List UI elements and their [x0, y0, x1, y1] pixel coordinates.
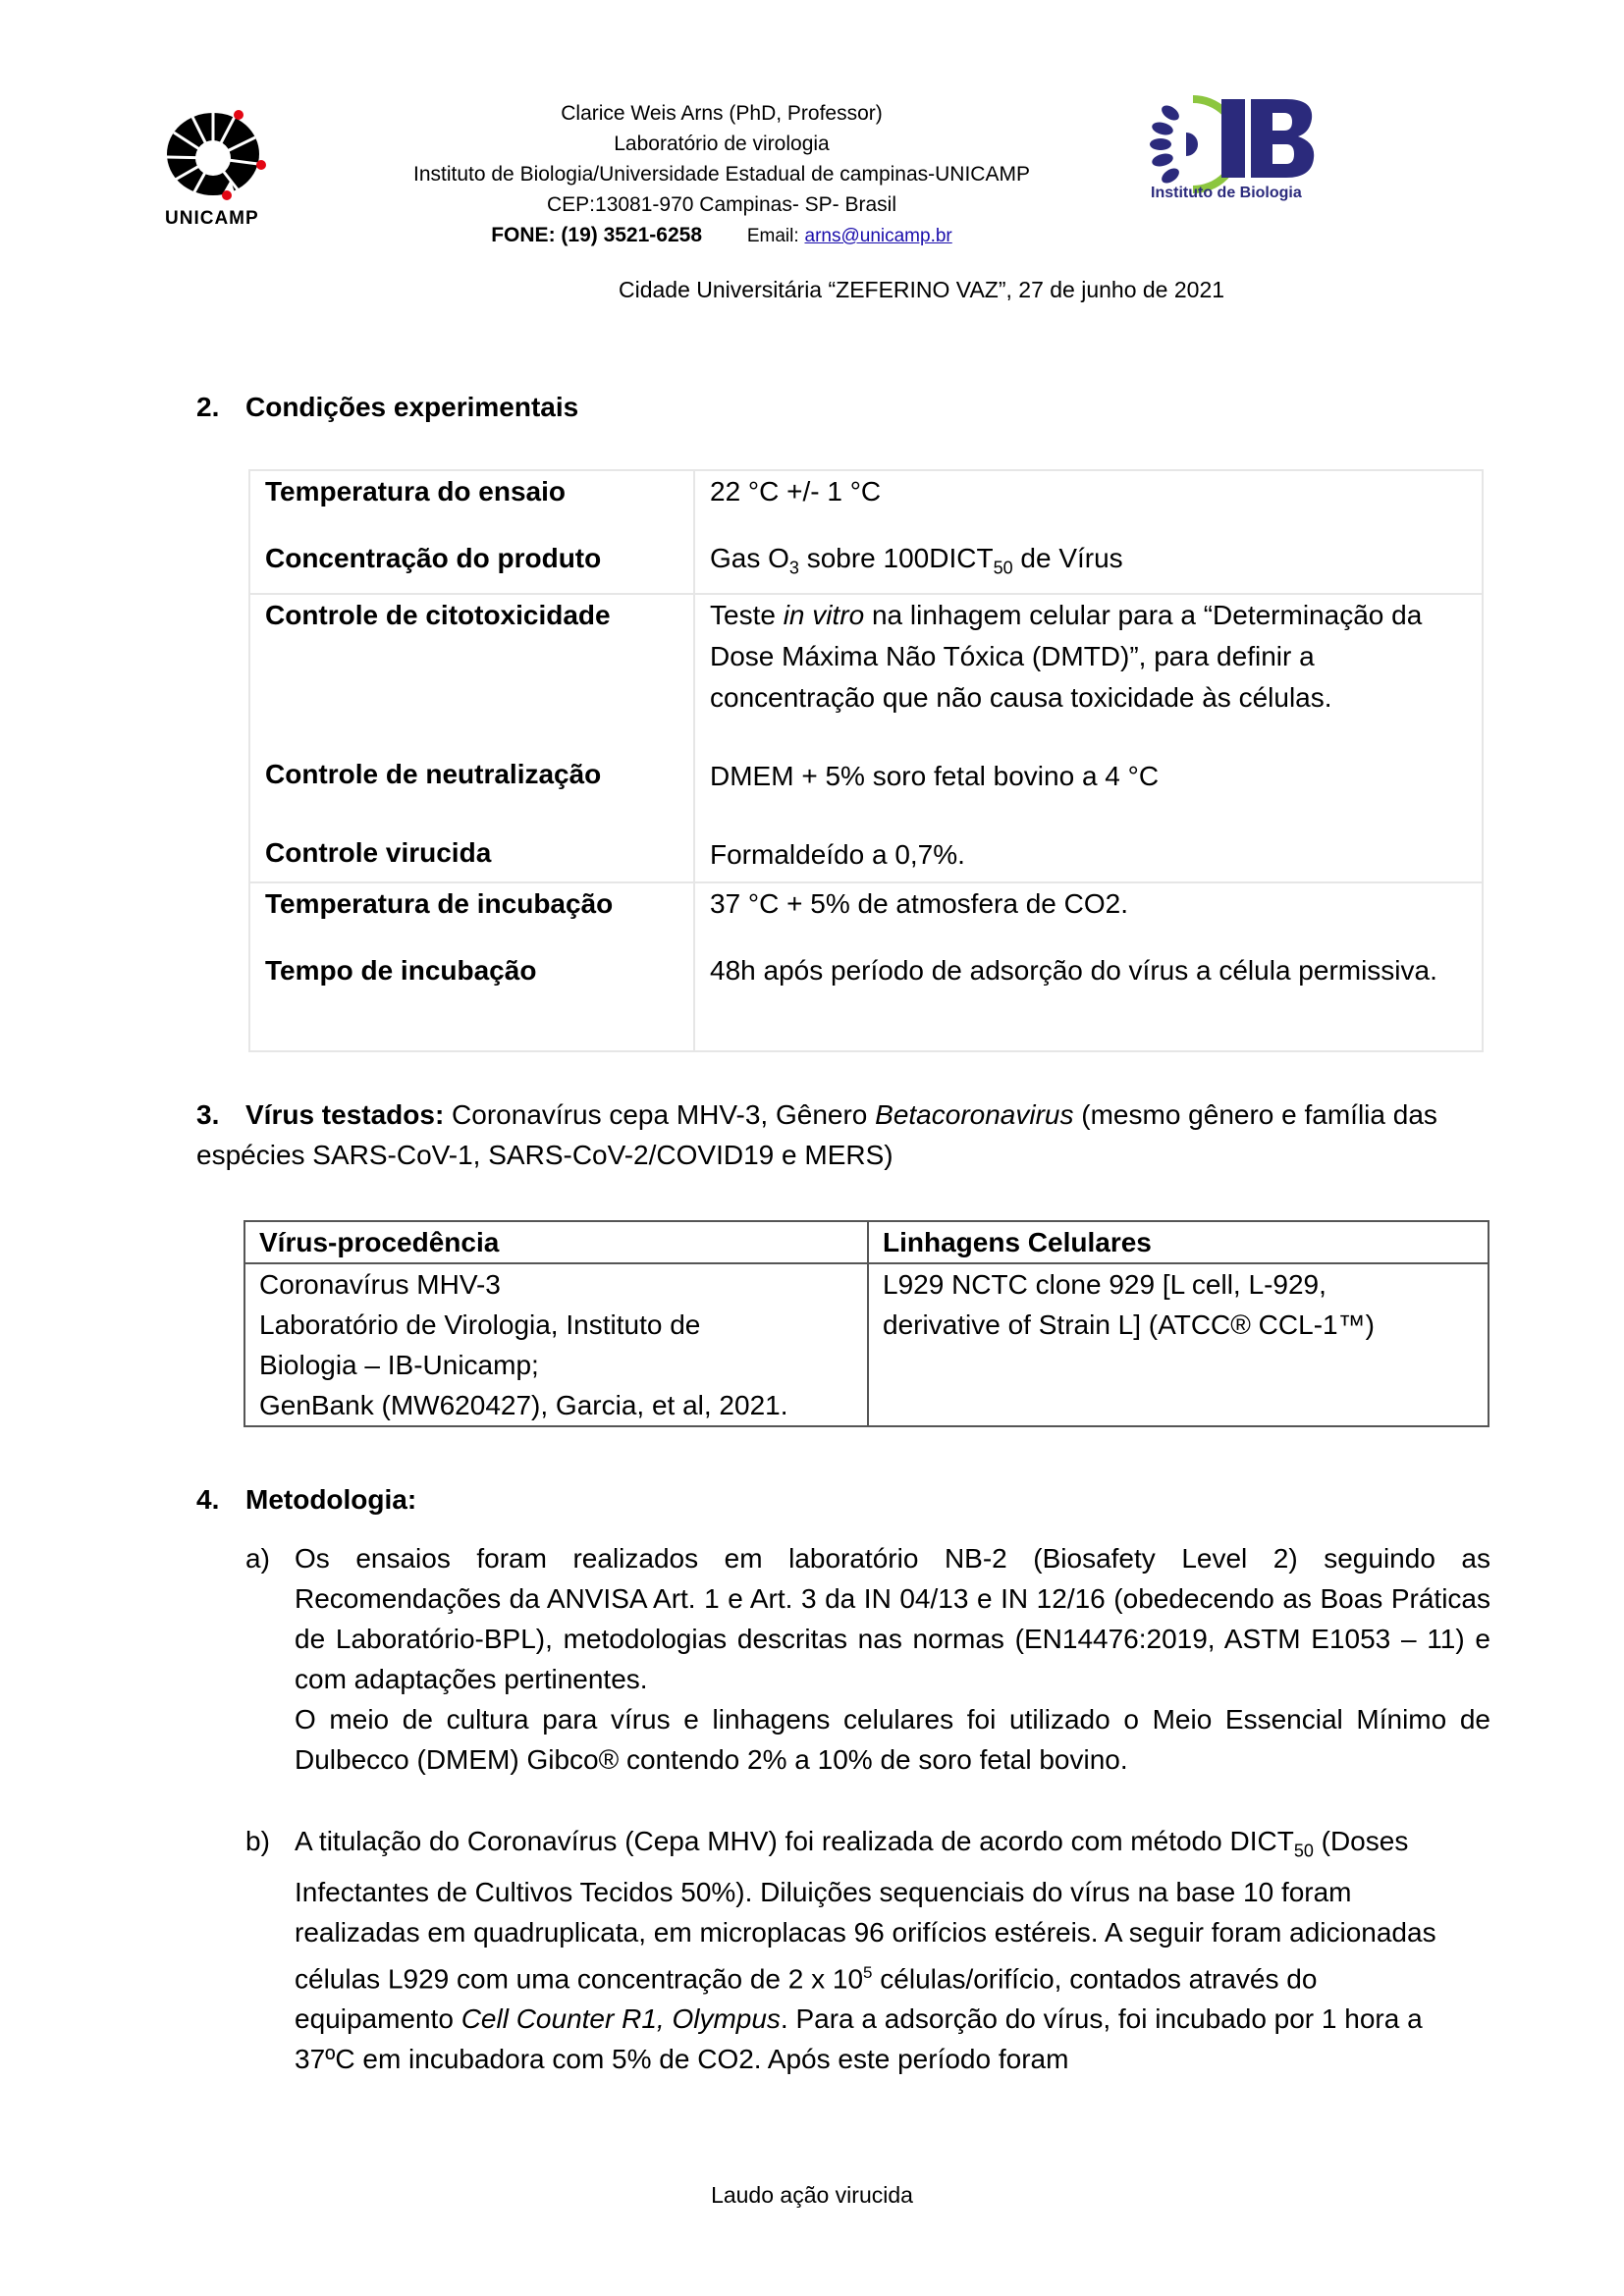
condition-label: Temperatura de incubação — [265, 883, 678, 925]
unicamp-logo-icon: UNICAMP — [162, 103, 280, 231]
genus-italic: Betacoronavirus — [875, 1099, 1073, 1130]
cell-line: Biologia – IB-Unicamp; — [259, 1345, 853, 1385]
cell-line: derivative of Strain L] (ATCC® CCL-1™) — [883, 1305, 1474, 1345]
unicamp-logo: UNICAMP — [162, 103, 280, 231]
cell-line: Laboratório de Virologia, Instituto de — [259, 1305, 853, 1345]
ib-logo-icon: Instituto de Biologia — [1149, 93, 1345, 201]
ib-logo: Instituto de Biologia — [1149, 93, 1345, 201]
method-paragraph: Os ensaios foram realizados em laboratór… — [295, 1538, 1490, 1699]
label-cell: Temperatura do ensaio Concentração do pr… — [249, 470, 694, 594]
section-text: Coronavírus cepa MHV-3, Gênero — [444, 1099, 875, 1130]
value-text: sobre 100DICT — [799, 543, 994, 573]
section-number: 3. — [196, 1095, 245, 1135]
label-cell: Temperatura de incubação Tempo de incuba… — [249, 882, 694, 1051]
lab-name: Laboratório de virologia — [363, 129, 1080, 159]
section-2-heading: 2.Condições experimentais — [196, 391, 578, 424]
value-text: de Vírus — [1013, 543, 1123, 573]
value-cell: 37 °C + 5% de atmosfera de CO2. 48h após… — [694, 882, 1483, 1051]
table-row: Temperatura de incubação Tempo de incuba… — [249, 882, 1483, 1051]
condition-value: DMEM + 5% soro fetal bovino a 4 °C — [710, 756, 1467, 797]
subscript: 3 — [789, 559, 799, 578]
condition-value: 48h após período de adsorção do vírus a … — [710, 950, 1467, 991]
condition-label: Tempo de incubação — [265, 950, 678, 991]
column-header: Linhagens Celulares — [868, 1221, 1489, 1263]
phone-number: FONE: (19) 3521-6258 — [491, 224, 702, 246]
method-paragraph: O meio de cultura para vírus e linhagens… — [295, 1699, 1490, 1780]
cell-line: Coronavírus MHV-3 — [259, 1264, 853, 1305]
city-date: Cidade Universitária “ZEFERINO VAZ”, 27 … — [619, 277, 1224, 303]
value-italic: in vitro — [784, 600, 864, 630]
label-cell: Controle de citotoxicidade Controle de n… — [249, 594, 694, 882]
method-item-a: a) Os ensaios foram realizados em labora… — [245, 1538, 1490, 1780]
postal-address: CEP:13081-970 Campinas- SP- Brasil — [363, 189, 1080, 220]
table-cell: L929 NCTC clone 929 [L cell, L-929, deri… — [868, 1263, 1489, 1426]
value-cell: Teste in vitro na linhagem celular para … — [694, 594, 1483, 882]
equipment-italic: Cell Counter R1, Olympus — [461, 2003, 781, 2034]
method-paragraph: A titulação do Coronavírus (Cepa MHV) fo… — [295, 1821, 1473, 2079]
subscript: 50 — [994, 559, 1013, 578]
section-title: Condições experimentais — [245, 392, 578, 422]
method-item-b: b) A titulação do Coronavírus (Cepa MHV)… — [245, 1821, 1473, 2079]
condition-value: Gas O3 sobre 100DICT50 de Vírus — [710, 538, 1467, 589]
subscript: 50 — [1294, 1842, 1314, 1861]
value-cell: 22 °C +/- 1 °C Gas O3 sobre 100DICT50 de… — [694, 470, 1483, 594]
section-title: Vírus testados: — [245, 1099, 444, 1130]
section-4-heading: 4.Metodologia: — [196, 1483, 416, 1517]
condition-value: 37 °C + 5% de atmosfera de CO2. — [710, 883, 1467, 925]
virus-table: Vírus-procedência Linhagens Celulares Co… — [244, 1220, 1489, 1427]
column-header: Vírus-procedência — [244, 1221, 868, 1263]
contact-line: FONE: (19) 3521-6258 Email: arns@unicamp… — [363, 220, 1080, 251]
list-marker: a) — [245, 1538, 270, 1578]
cell-line: L929 NCTC clone 929 [L cell, L-929, — [883, 1264, 1474, 1305]
page-footer: Laudo ação virucida — [0, 2182, 1624, 2209]
section-number: 4. — [196, 1483, 245, 1517]
section-3: 3.Vírus testados: Coronavírus cepa MHV-3… — [196, 1095, 1492, 1175]
svg-text:UNICAMP: UNICAMP — [165, 208, 259, 229]
condition-value: Formaldeído a 0,7%. — [710, 834, 1467, 876]
condition-label: Controle de neutralização — [265, 754, 678, 795]
superscript: 5 — [863, 1963, 872, 1982]
table-row: Controle de citotoxicidade Controle de n… — [249, 594, 1483, 882]
list-marker: b) — [245, 1821, 270, 1861]
section-title: Metodologia: — [245, 1484, 416, 1515]
condition-value: Teste in vitro na linhagem celular para … — [710, 595, 1467, 719]
letterhead: Clarice Weis Arns (PhD, Professor) Labor… — [363, 98, 1080, 251]
value-text: Gas O — [710, 543, 789, 573]
cell-line: GenBank (MW620427), Garcia, et al, 2021. — [259, 1385, 853, 1425]
condition-value: 22 °C +/- 1 °C — [710, 471, 1467, 512]
section-number: 2. — [196, 391, 245, 424]
text: A titulação do Coronavírus (Cepa MHV) fo… — [295, 1826, 1294, 1856]
email-label: Email: — [747, 226, 799, 246]
condition-label: Concentração do produto — [265, 538, 678, 579]
value-text: Teste — [710, 600, 784, 630]
table-row: Coronavírus MHV-3 Laboratório de Virolog… — [244, 1263, 1489, 1426]
institute-name: Instituto de Biologia/Universidade Estad… — [363, 159, 1080, 189]
email-link[interactable]: arns@unicamp.br — [805, 226, 952, 246]
svg-text:Instituto de Biologia: Instituto de Biologia — [1151, 185, 1302, 201]
condition-label: Controle de citotoxicidade — [265, 595, 678, 636]
conditions-table: Temperatura do ensaio Concentração do pr… — [248, 469, 1484, 1052]
table-cell: Coronavírus MHV-3 Laboratório de Virolog… — [244, 1263, 868, 1426]
table-header-row: Vírus-procedência Linhagens Celulares — [244, 1221, 1489, 1263]
table-row: Temperatura do ensaio Concentração do pr… — [249, 470, 1483, 594]
condition-label: Temperatura do ensaio — [265, 471, 678, 512]
author-name: Clarice Weis Arns (PhD, Professor) — [363, 98, 1080, 129]
condition-label: Controle virucida — [265, 832, 678, 874]
